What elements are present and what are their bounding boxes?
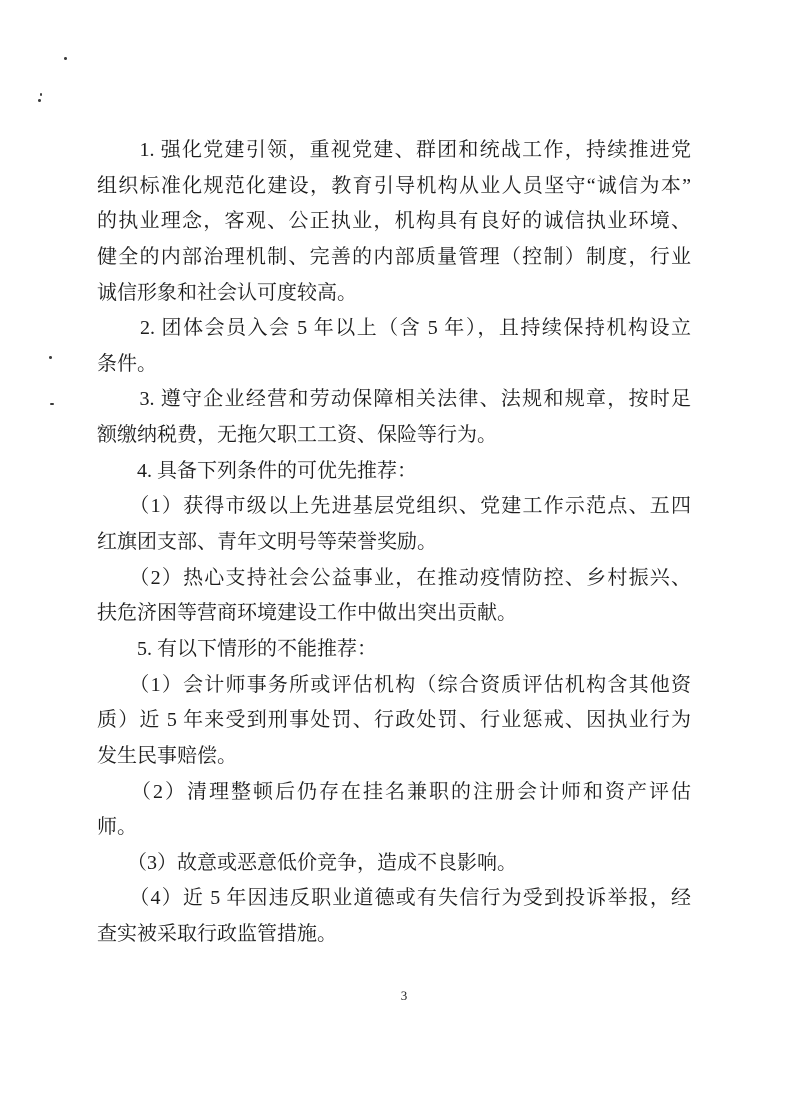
scan-speckle bbox=[38, 99, 41, 102]
scan-speckle bbox=[49, 356, 52, 359]
paragraph: 4. 具备下列条件的可优先推荐： bbox=[97, 454, 691, 490]
paragraph: 1. 强化党建引领，重视党建、群团和统战工作，持续推进党 组织标准化规范化建设，… bbox=[97, 133, 691, 311]
paragraph: 3. 遵守企业经营和劳动保障相关法律、法规和规章，按时足 额缴纳税费，无拖欠职工… bbox=[97, 382, 691, 453]
paragraph: （3）故意或恶意低价竞争，造成不良影响。 bbox=[97, 846, 691, 882]
text-line: 2. 团体会员入会 5 年以上（含 5 年），且持续保持机构设立 bbox=[97, 311, 691, 347]
text-line: （4）近 5 年因违反职业道德或有失信行为受到投诉举报，经 bbox=[97, 881, 691, 917]
text-line: 师。 bbox=[97, 810, 691, 846]
text-line: 质）近 5 年来受到刑事处罚、行政处罚、行业惩戒、因执业行为 bbox=[97, 703, 691, 739]
paragraph: （2）清理整顿后仍存在挂名兼职的注册会计师和资产评估 师。 bbox=[97, 775, 691, 846]
paragraph: （2）热心支持社会公益事业，在推动疫情防控、乡村振兴、 扶危济困等营商环境建设工… bbox=[97, 561, 691, 632]
text-line: （1）获得市级以上先进基层党组织、党建工作示范点、五四 bbox=[97, 489, 691, 525]
paragraph: 2. 团体会员入会 5 年以上（含 5 年），且持续保持机构设立 条件。 bbox=[97, 311, 691, 382]
text-line: 发生民事赔偿。 bbox=[97, 739, 691, 775]
text-line: 组织标准化规范化建设，教育引导机构从业人员坚守“诚信为本” bbox=[97, 169, 691, 205]
text-line: 健全的内部治理机制、完善的内部质量管理（控制）制度，行业 bbox=[97, 240, 691, 276]
text-line: 查实被采取行政监管措施。 bbox=[97, 917, 691, 953]
page-number: 3 bbox=[396, 988, 412, 1004]
text-line: 3. 遵守企业经营和劳动保障相关法律、法规和规章，按时足 bbox=[97, 382, 691, 418]
document-page: 1. 强化党建引领，重视党建、群团和统战工作，持续推进党 组织标准化规范化建设，… bbox=[0, 0, 786, 1109]
text-line: （3）故意或恶意低价竞争，造成不良影响。 bbox=[97, 846, 691, 882]
text-line: 的执业理念，客观、公正执业，机构具有良好的诚信执业环境、 bbox=[97, 204, 691, 240]
text-line: 1. 强化党建引领，重视党建、群团和统战工作，持续推进党 bbox=[97, 133, 691, 169]
text-line: 4. 具备下列条件的可优先推荐： bbox=[97, 454, 691, 490]
scan-speckle bbox=[64, 57, 67, 60]
text-line: （2）清理整顿后仍存在挂名兼职的注册会计师和资产评估 bbox=[97, 775, 691, 811]
paragraph: （1）获得市级以上先进基层党组织、党建工作示范点、五四 红旗团支部、青年文明号等… bbox=[97, 489, 691, 560]
document-body: 1. 强化党建引领，重视党建、群团和统战工作，持续推进党 组织标准化规范化建设，… bbox=[97, 133, 691, 953]
text-line: 5. 有以下情形的不能推荐： bbox=[97, 632, 691, 668]
scan-speckle bbox=[50, 403, 54, 405]
text-line: 扶危济困等营商环境建设工作中做出突出贡献。 bbox=[97, 596, 691, 632]
paragraph: （4）近 5 年因违反职业道德或有失信行为受到投诉举报，经 查实被采取行政监管措… bbox=[97, 881, 691, 952]
text-line: 诚信形象和社会认可度较高。 bbox=[97, 276, 691, 312]
paragraph: 5. 有以下情形的不能推荐： bbox=[97, 632, 691, 668]
paragraph: （1）会计师事务所或评估机构（综合资质评估机构含其他资 质）近 5 年来受到刑事… bbox=[97, 668, 691, 775]
scan-speckle bbox=[40, 93, 42, 96]
text-line: 条件。 bbox=[97, 347, 691, 383]
text-line: （2）热心支持社会公益事业，在推动疫情防控、乡村振兴、 bbox=[97, 561, 691, 597]
text-line: （1）会计师事务所或评估机构（综合资质评估机构含其他资 bbox=[97, 668, 691, 704]
text-line: 额缴纳税费，无拖欠职工工资、保险等行为。 bbox=[97, 418, 691, 454]
text-line: 红旗团支部、青年文明号等荣誉奖励。 bbox=[97, 525, 691, 561]
